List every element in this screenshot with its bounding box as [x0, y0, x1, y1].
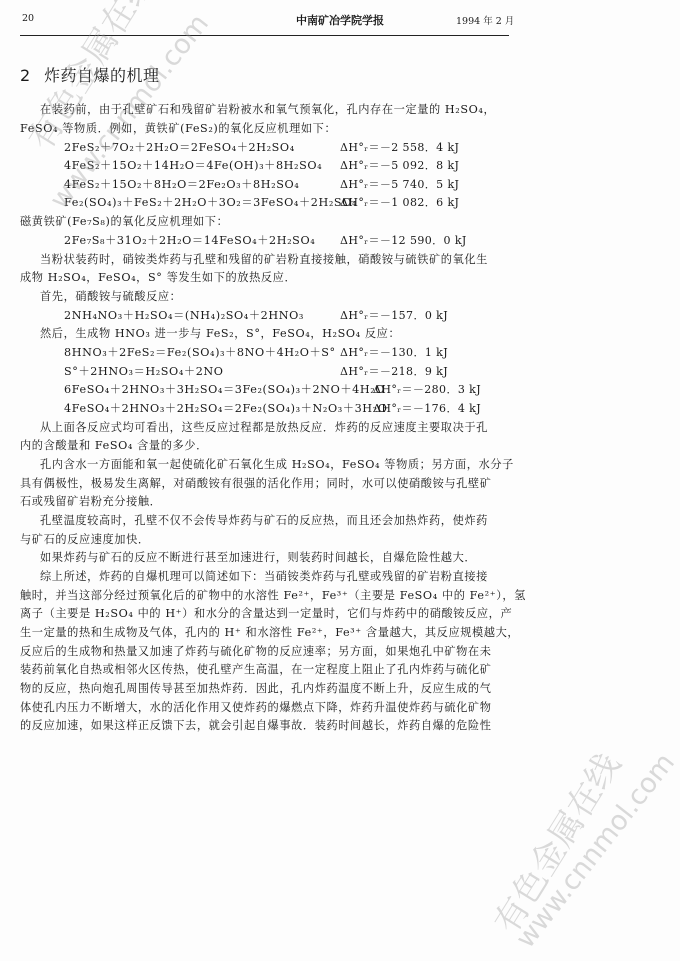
text-line: 触时，并当这部分经过预氧化后的矿物中的水溶性 Fe²⁺，Fe³⁺（主要是 FeS… [20, 589, 526, 603]
text-line: 生一定量的热和生成物及气体，孔内的 H⁺ 和水溶性 Fe²⁺，Fe³⁺ 含量越大… [20, 626, 519, 640]
header-rule [20, 35, 509, 36]
text-line: FeSO₄ 等物质．例如，黄铁矿(FeS₂)的氧化反应机理如下： [20, 122, 336, 136]
text-line: 孔内含水一方面能和氧一起使硫化矿石氧化生成 H₂SO₄，FeSO₄ 等物质；另方… [40, 458, 514, 472]
text-line: 反应后的生成物和热量又加速了炸药与硫化矿物的反应速率；另方面，如果炮孔中矿物在未 [20, 645, 492, 659]
equation-line: 8HNO₃＋2FeS₂＝Fe₂(SO₄)₃＋8NO＋4H₂O＋S° [64, 346, 336, 360]
text-line: 石或残留矿岩粉充分接触． [20, 495, 161, 509]
text-line: 磁黄铁矿(Fe₇S₈)的氧化反应机理如下： [20, 215, 228, 229]
section-title: 炸药自爆的机理 [44, 66, 160, 85]
equation-line: 4FeSO₄＋2HNO₃＋2H₂SO₄＝2Fe₂(SO₄)₃＋N₂O₃＋3H₂O [64, 402, 388, 416]
enthalpy-value: ΔH°ᵣ＝－1 082．6 kJ [340, 196, 459, 210]
equation-line: 2Fe₇S₈＋31O₂＋2H₂O＝14FeSO₄＋2H₂SO₄ [64, 234, 315, 248]
text-line: 具有偶极性，极易发生离解，对硝酸铵有很强的活化作用；同时，水可以使硝酸铵与孔壁矿 [20, 477, 492, 491]
text-line: 与矿石的反应速度加快． [20, 533, 150, 547]
issue-date: 1994 年 2 月 [456, 13, 514, 27]
enthalpy-value: ΔH°ᵣ＝－5 740．5 kJ [340, 178, 459, 192]
text-line: 装药前氧化自热或相邻火区传热，使孔壁产生高温，在一定程度上阻止了孔内炸药与硫化矿 [20, 663, 492, 677]
equation-line: 4FeS₂＋15O₂＋8H₂O＝2Fe₂O₃＋8H₂SO₄ [64, 178, 299, 192]
text-line: 的反应加速，如果这样正反馈下去，就会引起自爆事故．装药时间越长，炸药自爆的危险性 [20, 719, 492, 733]
text-line: 综上所述，炸药的自爆机理可以简述如下：当硝铵类炸药与孔壁或残留的矿岩粉直接接 [40, 570, 488, 584]
enthalpy-value: ΔH°ᵣ＝－280．3 kJ [373, 383, 481, 397]
text-line: 如果炸药与矿石的反应不断进行甚至加速进行，则装药时间越长，自爆危险性越大． [40, 551, 476, 565]
text-line: 首先，硝酸铵与硫酸反应： [40, 290, 181, 304]
enthalpy-value: ΔH°ᵣ＝－2 558．4 kJ [340, 141, 459, 155]
enthalpy-value: ΔH°ᵣ＝－130．1 kJ [340, 346, 448, 360]
section-number: 2 [20, 66, 44, 85]
text-line: 在装药前，由于孔壁矿石和残留矿岩粉被水和氧气预氧化，孔内存在一定量的 H₂SO₄… [40, 103, 495, 117]
enthalpy-value: ΔH°ᵣ＝－12 590．0 kJ [340, 234, 467, 248]
equation-line: 2NH₄NO₃＋H₂SO₄＝(NH₄)₂SO₄＋2HNO₃ [64, 309, 304, 323]
enthalpy-value: ΔH°ᵣ＝－218．9 kJ [340, 365, 448, 379]
text-line: 物的反应，热向炮孔周围传导甚至加热炸药．因此，孔内炸药温度不断上升，反应生成的气 [20, 682, 492, 696]
text-line: 然后，生成物 HNO₃ 进一步与 FeS₂，S°，FeSO₄，H₂SO₄ 反应： [40, 327, 400, 341]
watermark-url-bottomright: www.cnnmol.com [510, 747, 680, 954]
text-line: 离子（主要是 H₂SO₄ 中的 H⁺）和水分的含量达到一定量时，它们与炸药中的硝… [20, 607, 512, 621]
equation-line: 6FeSO₄＋2HNO₃＋3H₂SO₄＝3Fe₂(SO₄)₃＋2NO＋4H₂O [64, 383, 385, 397]
enthalpy-value: ΔH°ᵣ＝－176．4 kJ [373, 402, 481, 416]
equation-line: 4FeS₂＋15O₂＋14H₂O＝4Fe(OH)₃＋8H₂SO₄ [64, 159, 322, 173]
journal-title: 中南矿冶学院学报 [0, 12, 680, 28]
equation-line: 2FeS₂＋7O₂＋2H₂O＝2FeSO₄＋2H₂SO₄ [64, 141, 295, 155]
enthalpy-value: ΔH°ᵣ＝－5 092．8 kJ [340, 159, 459, 173]
equation-line: Fe₂(SO₄)₃＋FeS₂＋2H₂O＋3O₂＝3FeSO₄＋2H₂SO₄ [64, 196, 357, 210]
text-line: 从上面各反应式均可看出，这些反应过程都是放热反应．炸药的反应速度主要取决于孔 [40, 421, 488, 435]
text-line: 体使孔内压力不断增大，水的活化作用又使炸药的爆燃点下降，炸药升温使炸药与硫化矿物 [20, 701, 492, 715]
equation-line: S°＋2HNO₃＝H₂SO₄＋2NO [64, 365, 224, 379]
watermark-cn-bottomright: 有色金属在线 [480, 742, 630, 941]
section-heading: 2炸药自爆的机理 [20, 63, 160, 86]
text-line: 孔壁温度较高时，孔壁不仅不会传导炸药与矿石的反应热，而且还会加热炸药，使炸药 [40, 514, 488, 528]
text-line: 内的含酸量和 FeSO₄ 含量的多少． [20, 439, 208, 453]
text-line: 当粉状装药时，硝铵类炸药与孔壁和残留的矿岩粉直接接触，硝酸铵与硫铁矿的氧化生 [40, 253, 488, 267]
text-line: 成物 H₂SO₄，FeSO₄，S° 等发生如下的放热反应． [20, 271, 296, 285]
enthalpy-value: ΔH°ᵣ＝－157．0 kJ [340, 309, 448, 323]
